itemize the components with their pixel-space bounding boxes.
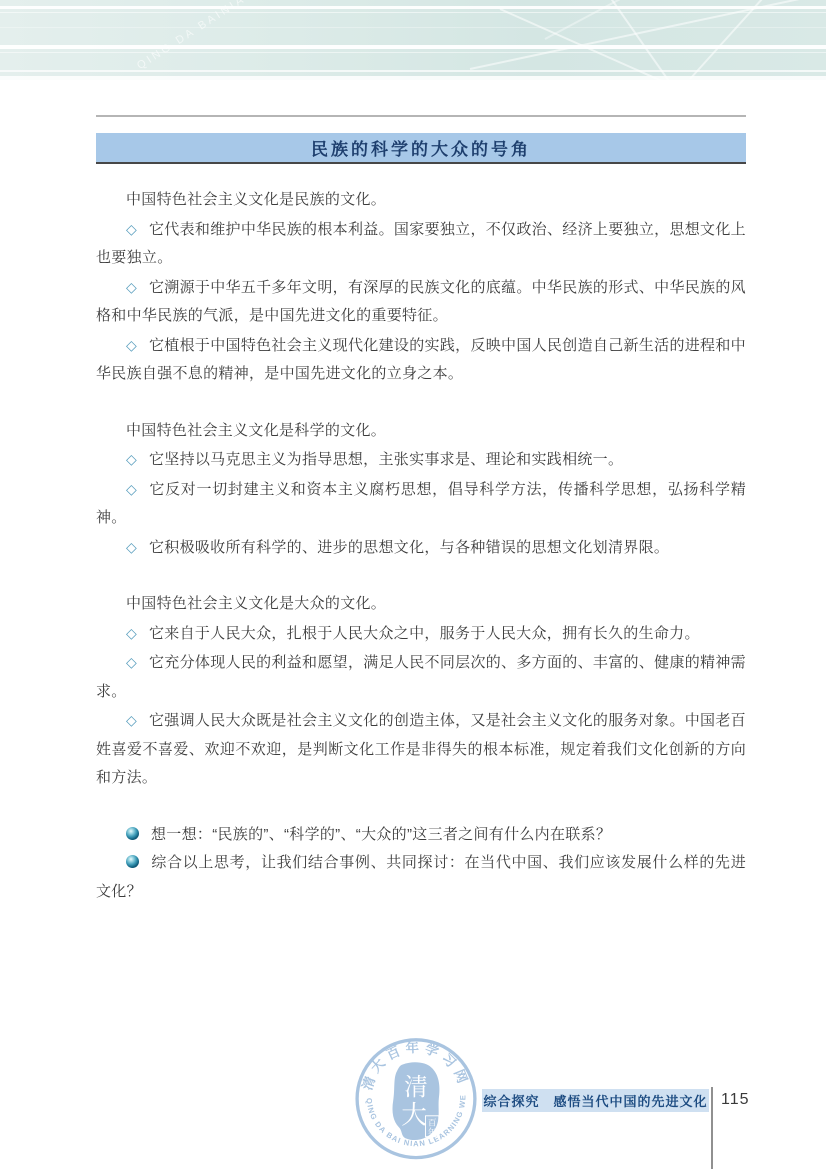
bullet-text: 它来自于人民大众，扎根于人民大众之中，服务于人民大众，拥有长久的生命力。 xyxy=(149,625,700,642)
diamond-bullet-icon: ◇ xyxy=(126,481,137,497)
logo-seal-char-bottom: 大 xyxy=(401,1100,427,1129)
bullet-item: ◇它溯源于中华五千多年文明，有深厚的民族文化的底蕴。中华民族的形式、中华民族的风… xyxy=(96,273,746,331)
band-line xyxy=(0,70,826,72)
bullet-item: ◇它强调人民大众既是社会主义文化的创造主体，又是社会主义文化的服务对象。中国老百… xyxy=(96,706,746,793)
page-title: 民族的科学的大众的号角 xyxy=(311,135,531,160)
globe-bullet-icon xyxy=(126,827,139,840)
textbook-page: QING DA BAINIAN LEARNING 民族的科学的大众的号角 中国特… xyxy=(0,0,826,1169)
band-line xyxy=(0,12,826,13)
diamond-bullet-icon: ◇ xyxy=(126,337,137,353)
globe-bullet-icon xyxy=(126,855,139,868)
page-number-divider xyxy=(711,1087,713,1169)
bullet-text: 它积极吸收所有科学的、进步的思想文化，与各种错误的思想文化划清界限。 xyxy=(149,539,669,556)
section-heading: 中国特色社会主义文化是民族的文化。 xyxy=(96,186,746,215)
bullet-text: 它反对一切封建主义和资本主义腐朽思想，倡导科学方法，传播科学思想，弘扬科学精神。 xyxy=(96,481,746,527)
diamond-bullet-icon: ◇ xyxy=(126,625,137,641)
diamond-bullet-icon: ◇ xyxy=(126,539,137,555)
question-text: 想一想：“民族的”、“科学的”、“大众的”这三者之间有什么内在联系？ xyxy=(151,826,611,843)
band-diagonal-line xyxy=(470,0,826,70)
bullet-text: 它强调人民大众既是社会主义文化的创造主体，又是社会主义文化的服务对象。中国老百姓… xyxy=(96,712,746,786)
footer-chapter-label: 综合探究 感悟当代中国的先进文化 xyxy=(483,1091,707,1110)
diamond-bullet-icon: ◇ xyxy=(126,654,137,670)
band-line xyxy=(0,45,826,49)
diamond-bullet-icon: ◇ xyxy=(126,451,137,467)
logo-seal-small-bottom: 年 xyxy=(428,1126,437,1137)
bullet-item: ◇它坚持以马克思主义为指导思想，主张实事求是、理论和实践相统一。 xyxy=(96,445,746,475)
decorative-header-band: QING DA BAINIAN LEARNING xyxy=(0,0,826,80)
top-rule xyxy=(96,115,746,117)
bullet-item: ◇它充分体现人民的利益和愿望，满足人民不同层次的、多方面的、丰富的、健康的精神需… xyxy=(96,648,746,706)
band-line xyxy=(0,52,826,53)
logo-seal-small-top: 百 xyxy=(428,1117,437,1127)
bullet-text: 它坚持以马克思主义为指导思想，主张实事求是、理论和实践相统一。 xyxy=(149,451,623,468)
bullet-item: ◇它植根于中国特色社会主义现代化建设的实践，反映中国人民创造自己新生活的进程和中… xyxy=(96,331,746,389)
section-national: 中国特色社会主义文化是民族的文化。 ◇它代表和维护中华民族的根本利益。国家要独立… xyxy=(96,186,746,389)
diamond-bullet-icon: ◇ xyxy=(126,221,137,237)
body-content: 中国特色社会主义文化是民族的文化。 ◇它代表和维护中华民族的根本利益。国家要独立… xyxy=(96,186,746,906)
section-heading: 中国特色社会主义文化是科学的文化。 xyxy=(96,417,746,446)
questions-block: 想一想：“民族的”、“科学的”、“大众的”这三者之间有什么内在联系？ 综合以上思… xyxy=(96,821,746,907)
question-text: 综合以上思考，让我们结合事例、共同探讨：在当代中国、我们应该发展什么样的先进文化… xyxy=(96,854,746,900)
question-item: 想一想：“民族的”、“科学的”、“大众的”这三者之间有什么内在联系？ xyxy=(96,821,746,850)
band-line xyxy=(0,27,826,28)
section-heading: 中国特色社会主义文化是大众的文化。 xyxy=(96,590,746,619)
bullet-text: 它植根于中国特色社会主义现代化建设的实践，反映中国人民创造自己新生活的进程和中华… xyxy=(96,337,746,383)
learning-site-watermark-logo: 清大百年学习网 QING DA BAI NIAN LEARNING WEBSIT… xyxy=(350,1036,482,1169)
bullet-item: ◇它积极吸收所有科学的、进步的思想文化，与各种错误的思想文化划清界限。 xyxy=(96,533,746,563)
section-title-bar: 民族的科学的大众的号角 xyxy=(96,133,746,164)
question-item: 综合以上思考，让我们结合事例、共同探讨：在当代中国、我们应该发展什么样的先进文化… xyxy=(96,849,746,906)
footer-chapter-bar: 综合探究 感悟当代中国的先进文化 xyxy=(482,1089,709,1112)
logo-seal-char-top: 清 xyxy=(404,1074,428,1101)
bullet-item: ◇它反对一切封建主义和资本主义腐朽思想，倡导科学方法，传播科学思想，弘扬科学精神… xyxy=(96,475,746,533)
bullet-text: 它溯源于中华五千多年文明，有深厚的民族文化的底蕴。中华民族的形式、中华民族的风格… xyxy=(96,279,746,325)
section-scientific: 中国特色社会主义文化是科学的文化。 ◇它坚持以马克思主义为指导思想，主张实事求是… xyxy=(96,417,746,563)
band-watermark-text: QING DA BAINIAN LEARNING xyxy=(135,0,330,72)
bullet-item: ◇它来自于人民大众，扎根于人民大众之中，服务于人民大众，拥有长久的生命力。 xyxy=(96,619,746,649)
section-popular: 中国特色社会主义文化是大众的文化。 ◇它来自于人民大众，扎根于人民大众之中，服务… xyxy=(96,590,746,793)
bullet-text: 它充分体现人民的利益和愿望，满足人民不同层次的、多方面的、丰富的、健康的精神需求… xyxy=(96,654,746,700)
bullet-text: 它代表和维护中华民族的根本利益。国家要独立，不仅政治、经济上要独立，思想文化上也… xyxy=(96,221,746,267)
band-line xyxy=(0,6,826,9)
page-number: 115 xyxy=(721,1091,750,1109)
bullet-item: ◇它代表和维护中华民族的根本利益。国家要独立，不仅政治、经济上要独立，思想文化上… xyxy=(96,215,746,273)
band-line xyxy=(0,76,826,80)
diamond-bullet-icon: ◇ xyxy=(126,279,137,295)
diamond-bullet-icon: ◇ xyxy=(126,712,137,728)
